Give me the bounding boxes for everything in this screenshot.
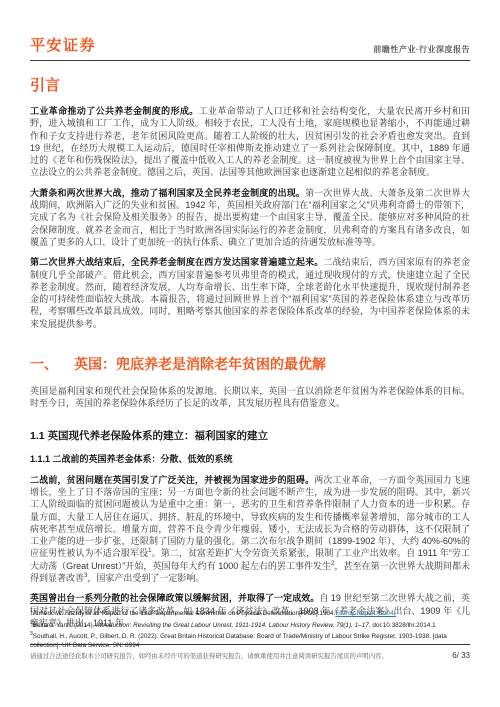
section-1-heading: 一、英国：兜底养老是消除老年贫困的最优解	[30, 354, 470, 374]
paragraph-lead: 大萧条和两次世界大战，推动了福利国家及全民养老金制度的出现。	[30, 188, 305, 198]
report-page: 平安证券 前瞻性产业·行业深度报告 引言 工业革命推动了公共养老金制度的形成。工…	[0, 0, 500, 707]
intro-paragraph-3: 第二次世界大战结束后，全民养老金制度在西方发达国家普遍建立起来。二战结束后，西方…	[30, 256, 470, 330]
paragraph-body: 两次工业革命，一方面令英国国力飞速增长，坐上了日不落帝国的宝座；另一方面也令新的…	[30, 475, 470, 559]
section-title-text: 英国：兜底养老是消除老年贫困的最优解	[74, 356, 326, 372]
footnote-text: Almeric W. Fitzroy et al. Report of the …	[33, 610, 336, 617]
subsection-1-1-heading: 1.1 英国现代养老保险体系的建立：福利国家的建立	[30, 428, 470, 443]
paragraph-body: 工业革命带动了人口迁移和社会结构变化，大量农民离开乡村和田野，进入城镇和工厂工作…	[30, 106, 470, 177]
intro-paragraph-1: 工业革命推动了公共养老金制度的形成。工业革命带动了人口迁移和社会结构变化，大量农…	[30, 105, 470, 179]
footnote-text: doi:10.3828/lhr.2014.1	[371, 622, 436, 629]
footnote-text: Béliard, Yann. (2014).	[33, 622, 96, 629]
footer-row: 请通过合法途径获取本公司研究报告，如经由未经许可的渠道获得研究报告，请慎重使用并…	[30, 651, 470, 660]
paragraph-lead: 英国曾出台一系列分散的社会保障政策以缓解贫困，并取得了一定成效。	[30, 593, 319, 603]
footnote-italic-text: Introduction: Revisiting the Great Labou…	[96, 622, 370, 629]
section-1-intro-paragraph: 英国是福利国家和现代社会保险体系的发源地。长期以来，英国一直以消除老年贫困为养老…	[30, 385, 470, 410]
paragraph-lead: 二战前，贫困问题在英国引发了广泛关注，并被视为国家进步的阻碍。	[30, 475, 314, 485]
paragraph-body: 二战结束后，西方国家原有的养老金制度几乎全部破产。借此机会，西方国家普遍参考贝弗…	[30, 257, 470, 328]
footnote-2: 2Béliard, Yann. (2014). Introduction: Re…	[30, 619, 470, 631]
paragraph-lead: 第二次世界大战结束后，全民养老金制度在西方发达国家普遍建立起来。	[30, 257, 323, 267]
footnote-1: 1Almeric W. Fitzroy et al. Report of the…	[30, 607, 470, 619]
intro-paragraph-2: 大萧条和两次世界大战，推动了福利国家及全民养老金制度的出现。第一次世界大战、大萧…	[30, 187, 470, 248]
section-number: 一、	[30, 356, 58, 372]
brand-logo: 平安证券	[30, 34, 96, 55]
footer-divider	[30, 644, 470, 645]
footnote-link[interactable]: Fitzroy Report (1904)	[335, 610, 395, 617]
report-type-label: 前瞻性产业·行业深度报告	[373, 44, 470, 55]
page-number: 6/ 33	[452, 651, 470, 660]
paragraph-lead: 工业革命推动了公共养老金制度的形成。	[30, 106, 199, 116]
header-divider	[30, 60, 470, 61]
page-header: 平安证券 前瞻性产业·行业深度报告	[30, 34, 470, 55]
paragraph-body: ，国家产出受到了一定影响。	[87, 573, 204, 583]
footnote-divider	[30, 603, 122, 604]
page-footer: 请通过合法途径获取本公司研究报告，如经由未经许可的渠道获得研究报告，请慎重使用并…	[30, 644, 470, 660]
subsection-1-1-1-heading: 1.1.1 二战前的英国养老金体系：分散、低效的系统	[30, 452, 470, 465]
body-paragraph-1: 二战前，贫困问题在英国引发了广泛关注，并被视为国家进步的阻碍。两次工业革命，一方…	[30, 474, 470, 585]
footer-disclaimer: 请通过合法途径获取本公司研究报告，如经由未经许可的渠道获得研究报告，请慎重使用并…	[30, 651, 388, 660]
intro-heading: 引言	[30, 74, 470, 95]
